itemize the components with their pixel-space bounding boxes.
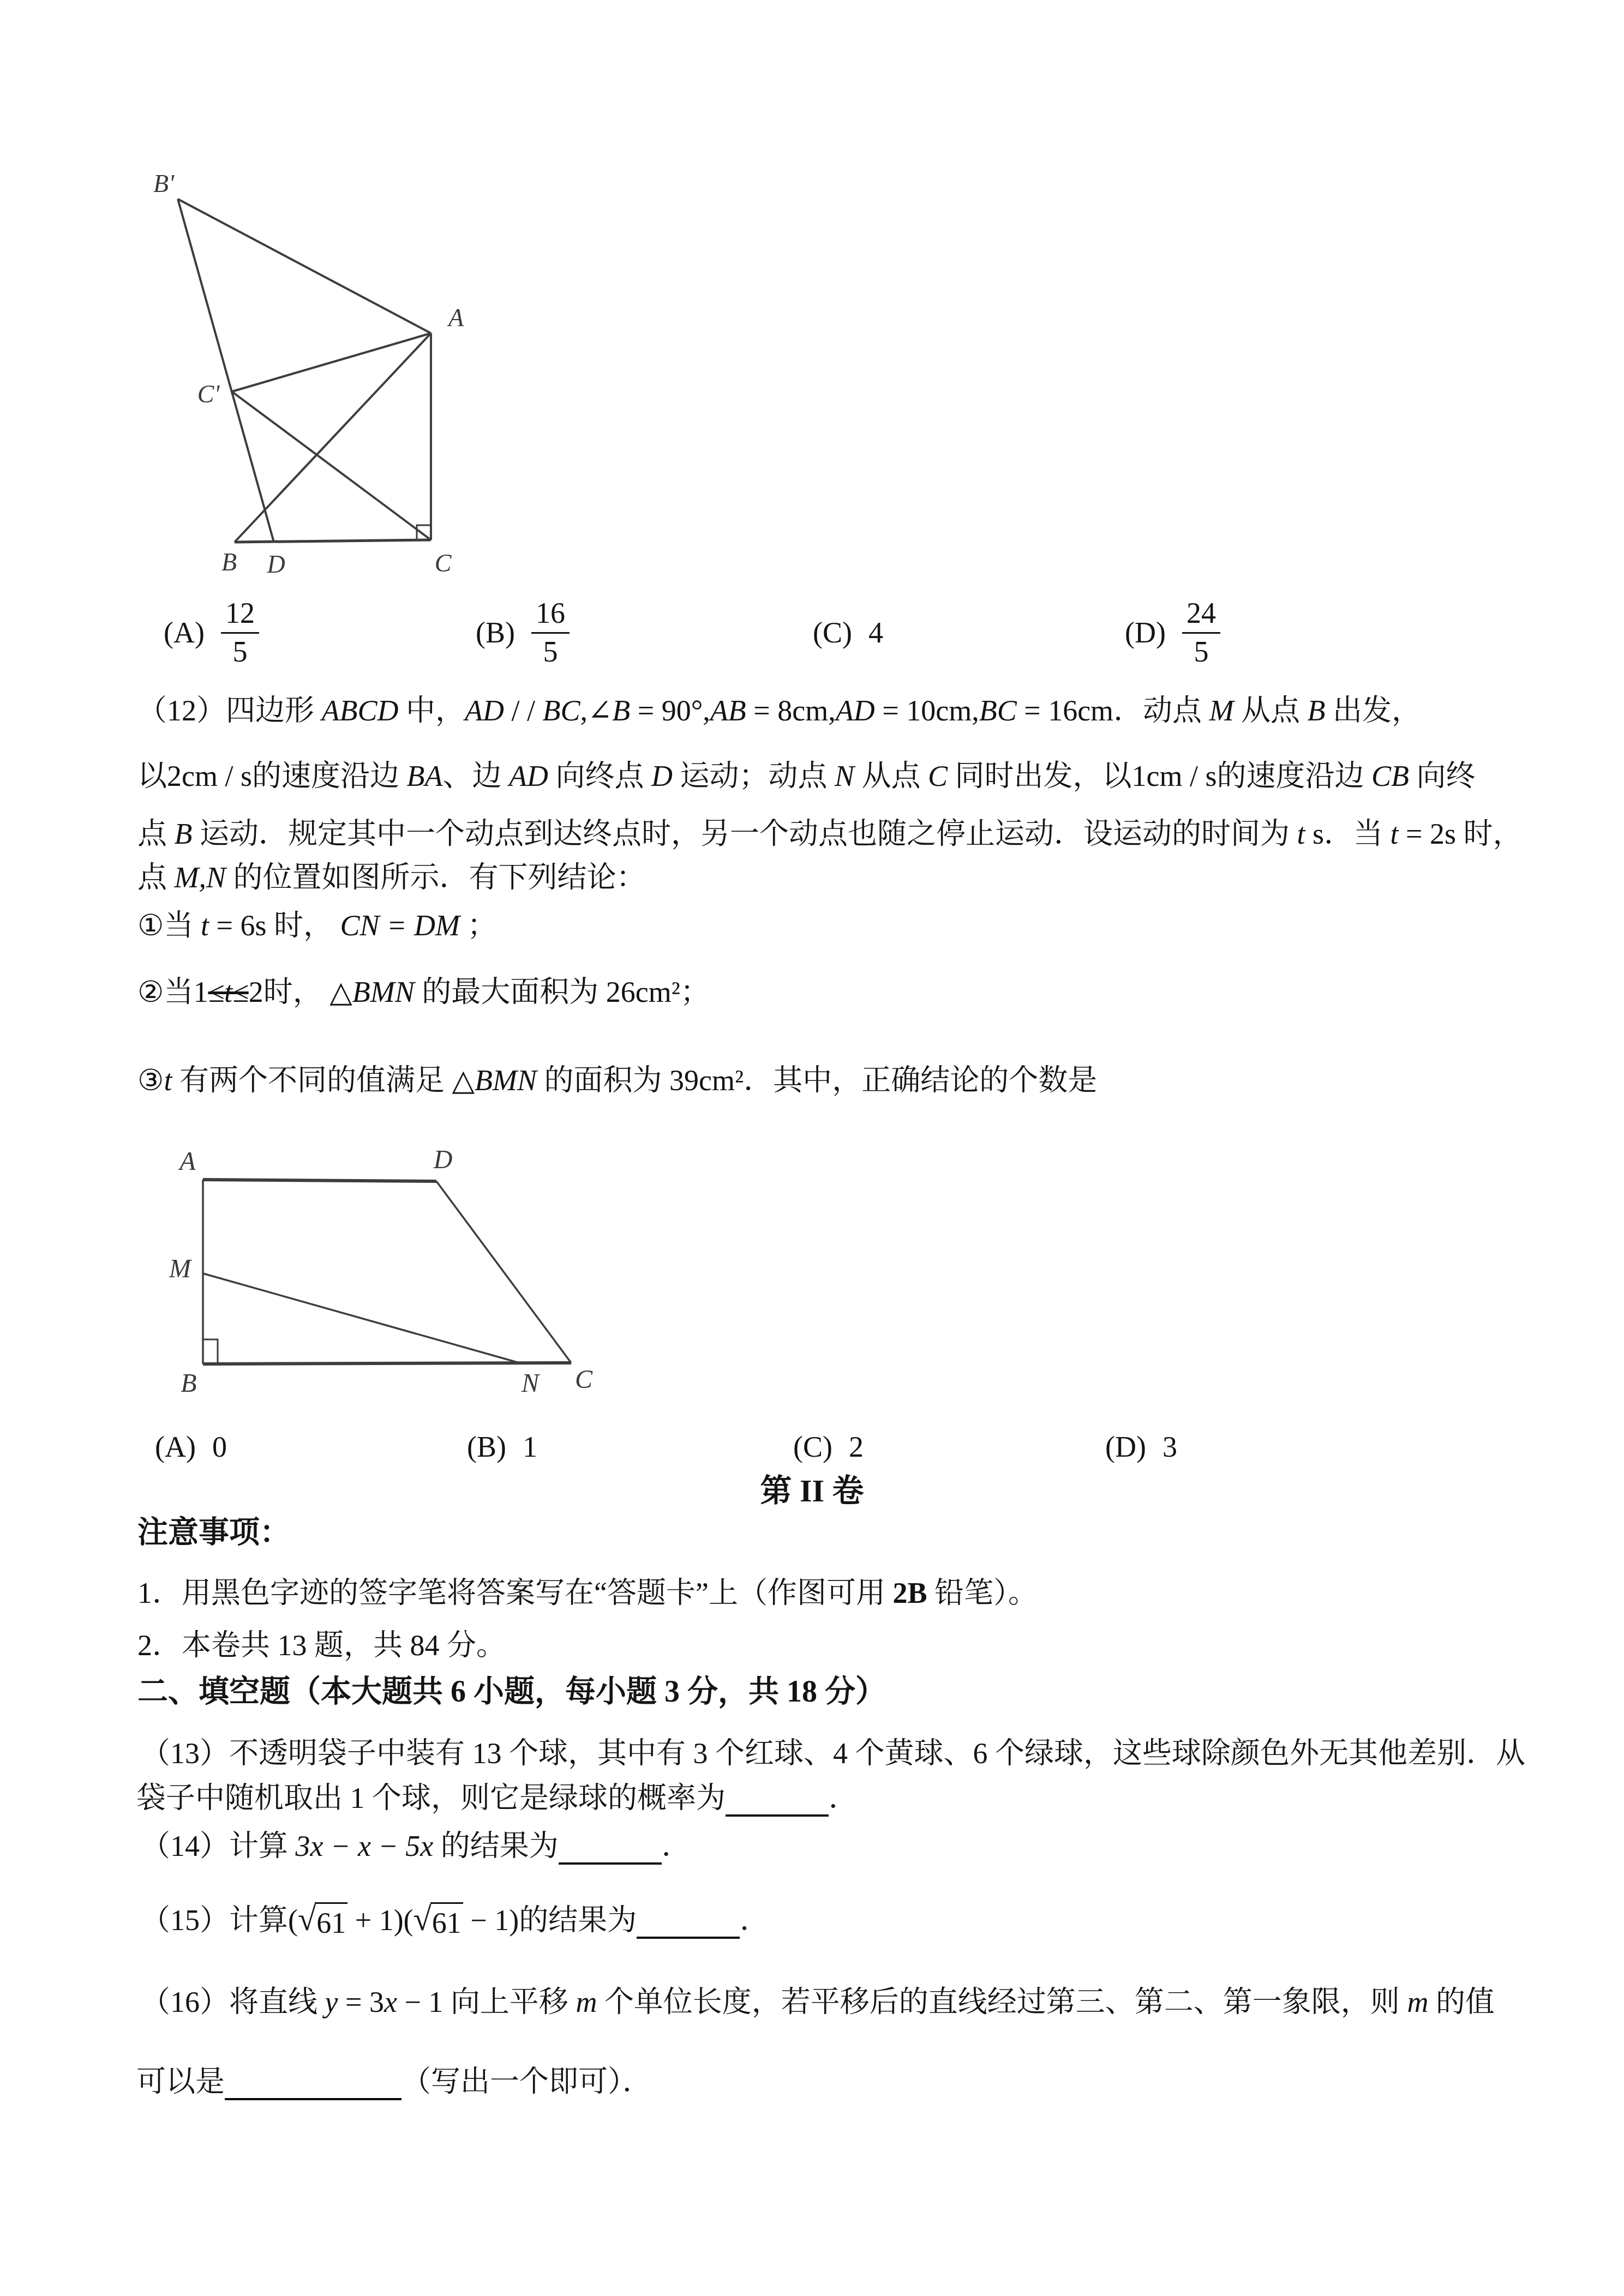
fig1-label-c: C <box>435 549 452 577</box>
fig2-label-d: D <box>433 1145 453 1174</box>
option-label: (A) <box>164 616 205 650</box>
fraction: 24 5 <box>1182 596 1220 669</box>
question-11-figure: B' A C' B D C <box>136 164 475 584</box>
fraction-denominator: 5 <box>1194 634 1208 670</box>
option-label: (B) <box>467 1430 506 1464</box>
q12-option-c: (C) 2 <box>793 1428 864 1466</box>
option-value: 2 <box>849 1430 864 1464</box>
q12-option-a: (A) 0 <box>155 1428 227 1466</box>
option-label: (B) <box>476 616 515 650</box>
fig2-label-b: B <box>181 1369 196 1398</box>
fig1-label-c-prime: C' <box>197 380 220 408</box>
q11-option-b: (B) 16 5 <box>476 579 570 686</box>
question-12-figure: A D M B N C <box>164 1140 611 1402</box>
q11-option-d: (D) 24 5 <box>1125 579 1220 686</box>
fraction: 16 5 <box>531 596 570 669</box>
question-15: （15）计算(√61 + 1)(√61 − 1)的结果为_______． <box>141 1901 769 1943</box>
fraction-denominator: 5 <box>232 634 247 670</box>
fig2-label-n: N <box>521 1369 541 1398</box>
option-label: (C) <box>793 1430 832 1464</box>
fig2-label-m: M <box>169 1254 193 1283</box>
question-12-line-2: 以2cm / s的速度沿边 BA、边 AD 向终点 D 运动；动点 N 从点 C… <box>137 757 1476 796</box>
part-2-title: 第 II 卷 <box>0 1470 1624 1512</box>
fig2-label-a: A <box>178 1147 196 1176</box>
option-value: 4 <box>868 616 883 650</box>
question-13-line-1: （13）不透明袋子中装有 13 个球，其中有 3 个红球、4 个黄球、6 个绿球… <box>141 1734 1525 1773</box>
question-12-statement-2: ②当1≤t≤2时， △BMN 的最大面积为 26cm²； <box>137 973 710 1012</box>
right-angle-mark <box>203 1339 218 1364</box>
notes-title: 注意事项： <box>137 1513 290 1553</box>
option-label: (D) <box>1125 616 1166 650</box>
question-13-line-2: 袋子中随机取出 1 个球，则它是绿球的概率为_______． <box>136 1779 858 1818</box>
fraction: 12 5 <box>221 596 259 669</box>
exam-page: B' A C' B D C (A) 12 5 (B) 16 5 (C) 4 (D… <box>0 0 1624 2296</box>
fraction-numerator: 12 <box>221 596 259 634</box>
question-16-line-2: 可以是____________（写出一个即可）． <box>136 2063 652 2101</box>
q12-option-b: (B) 1 <box>467 1428 537 1466</box>
note-1: 1．用黑色字迹的签字笔将答案写在“答题卡”上（作图可用 2B 铅笔）。 <box>137 1574 1038 1613</box>
option-value: 3 <box>1162 1430 1177 1464</box>
fig1-label-a: A <box>447 304 464 332</box>
question-14: （14）计算 3x − x − 5x 的结果为_______． <box>141 1827 691 1866</box>
note-2: 2．本卷共 13 题，共 84 分。 <box>137 1626 506 1665</box>
question-12-line-4: 点 M,N 的位置如图所示．有下列结论： <box>137 858 646 897</box>
option-label: (D) <box>1105 1430 1146 1464</box>
fig1-label-b: B <box>221 548 237 576</box>
fig2-label-c: C <box>575 1365 593 1394</box>
fig1-label-b-prime: B' <box>153 170 175 197</box>
fraction-numerator: 24 <box>1182 596 1220 634</box>
fig1-label-d: D <box>266 550 285 578</box>
fraction-denominator: 5 <box>543 634 558 670</box>
q12-option-d: (D) 3 <box>1105 1428 1177 1466</box>
q11-option-a: (A) 12 5 <box>164 579 259 686</box>
question-12-statement-1: ①当 t = 6s 时， CN = DM ； <box>137 906 496 945</box>
question-12-line-3: 点 B 运动．规定其中一个动点到达终点时，另一个动点也随之停止运动．设运动的时间… <box>137 815 1523 854</box>
option-label: (A) <box>155 1430 196 1464</box>
section-2-header: 二、填空题（本大题共 6 小题，每小题 3 分，共 18 分） <box>137 1672 886 1712</box>
question-16-line-1: （16）将直线 y = 3x − 1 向上平移 m 个单位长度，若平移后的直线经… <box>141 1983 1495 2022</box>
q11-option-c: (C) 4 <box>813 579 883 686</box>
option-value: 1 <box>523 1430 537 1464</box>
option-value: 0 <box>212 1430 227 1464</box>
question-12-line-1: （12）四边形 ABCD 中，AD / / BC,∠B = 90°,AB = 8… <box>137 692 1421 730</box>
question-12-statement-3: ③t 有两个不同的值满足 △BMN 的面积为 39cm²．其中，正确结论的个数是 <box>137 1061 1097 1100</box>
fraction-numerator: 16 <box>531 596 570 634</box>
option-label: (C) <box>813 616 852 650</box>
